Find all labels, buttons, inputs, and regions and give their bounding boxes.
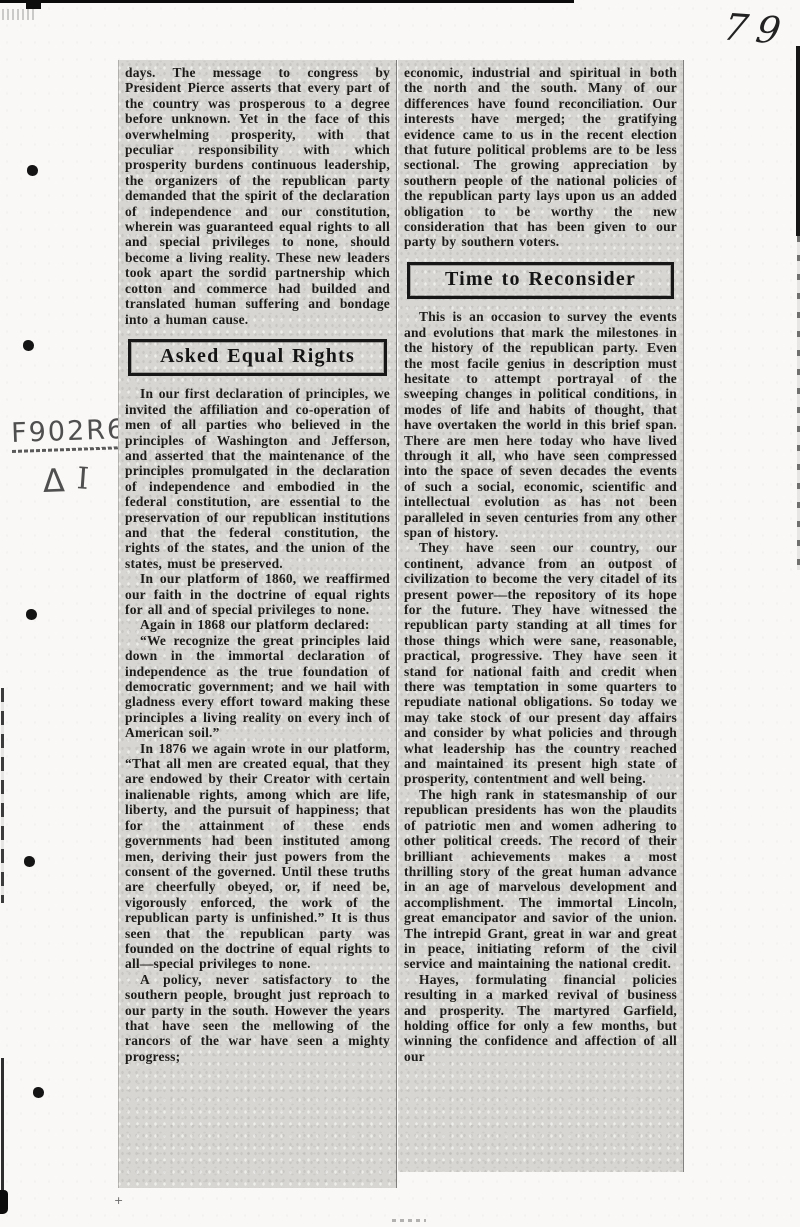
newspaper-column-right: economic, industrial and spiritual in bo… (398, 60, 684, 1172)
handwritten-page-number: 79 (720, 6, 797, 53)
paragraph: In our first declaration of principles, … (125, 386, 390, 571)
scan-artifact-top-blob (26, 0, 41, 9)
paragraph: “We recognize the great principles laid … (125, 633, 390, 741)
headline-box-asked-equal-rights: Asked Equal Rights (128, 339, 387, 376)
scanned-document-page: + 79 F902R6 Δ I days. The message to con… (0, 0, 800, 1227)
scan-artifact-top-strip (0, 0, 574, 3)
handwritten-roman-numeral: I (76, 464, 90, 495)
scan-artifact-top-smudge (2, 9, 36, 20)
hole-punch-dot (26, 609, 37, 620)
registration-plus-mark: + (114, 1194, 123, 1207)
paragraph: A policy, never satisfactory to the sout… (125, 972, 390, 1064)
paragraph: In our platform of 1860, we reaffirmed o… (125, 571, 390, 617)
handwritten-delta-note: Δ I (42, 463, 128, 496)
paragraph: economic, industrial and spiritual in bo… (404, 65, 677, 250)
paragraph: In 1876 we again wrote in our platform, … (125, 741, 390, 972)
hole-punch-dot (33, 1087, 44, 1098)
paragraph: This is an occasion to survey the events… (404, 309, 677, 540)
section-headline: Asked Equal Rights (160, 345, 355, 367)
paragraph: Again in 1868 our platform declared: (125, 617, 390, 632)
paragraph: days. The message to congress by Preside… (125, 65, 390, 327)
paragraph: Hayes, formulating financial policies re… (404, 972, 677, 1064)
handwritten-catalog-code: F902R6 (11, 414, 127, 449)
section-headline: Time to Reconsider (445, 268, 636, 290)
scan-artifact-right-bar (796, 46, 800, 236)
handwritten-delta-glyph: Δ (42, 465, 65, 496)
scan-artifact-left-line (1, 688, 4, 903)
paragraph: They have seen our country, our continen… (404, 540, 677, 787)
hole-punch-dot (27, 165, 38, 176)
scan-artifact-corner-blob (0, 1190, 8, 1214)
newspaper-column-left: days. The message to congress by Preside… (118, 60, 397, 1188)
scan-artifact-left-line (1, 1058, 4, 1192)
hole-punch-dot (24, 856, 35, 867)
hole-punch-dot (23, 340, 34, 351)
handwritten-catalog-annotation: F902R6 Δ I (11, 414, 129, 497)
headline-box-time-to-reconsider: Time to Reconsider (407, 262, 674, 299)
paragraph: The high rank in statesmanship of our re… (404, 787, 677, 972)
scan-artifact-bottom-speck (392, 1219, 426, 1222)
